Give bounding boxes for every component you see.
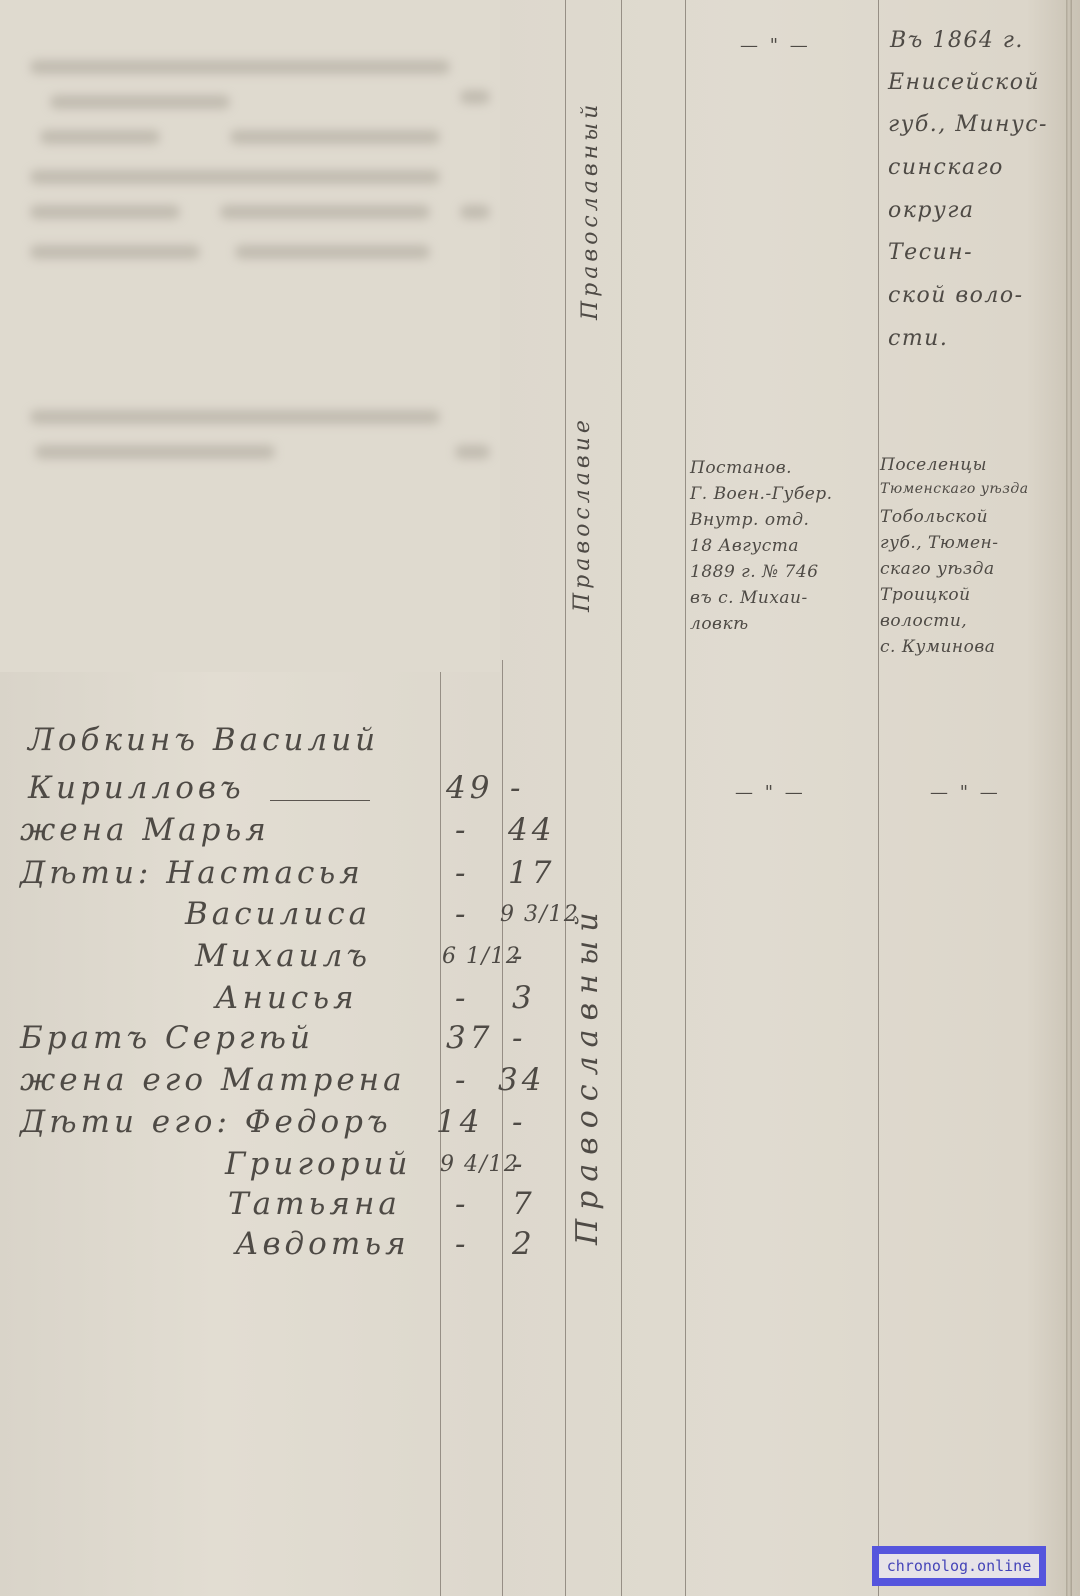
family-member-label: жена Марья [20,812,270,848]
redacted-region [0,0,500,672]
column-rule-origin [878,0,879,1596]
family-member-label: Татьяна [228,1186,401,1222]
age-male: 37 [446,1020,493,1056]
age-male: 9 4/12 [440,1152,519,1177]
age-female: - [510,770,524,806]
column-rule-female [502,660,503,1596]
age-male: - [455,1186,469,1222]
age-male: 14 [436,1104,483,1140]
family-member-label: Григорий [225,1146,411,1182]
page-edge [1066,0,1072,1596]
age-female: 9 3/12 [500,902,579,927]
age-male: - [455,812,469,848]
document-page: Православный Православие Православный — … [0,0,1080,1596]
religion-bottom: Православный [570,903,605,1245]
column-rule-religion-right [621,0,622,1596]
age-male: 49 [446,770,493,806]
family-member-label: жена его Матрена [20,1062,406,1098]
religion-top: Православный [578,101,603,320]
age-female: 2 [512,1226,536,1262]
age-female: - [512,1104,526,1140]
age-female: - [512,938,526,974]
family-member-label: Дѣти: Настасья [20,855,364,891]
family-member-label: Лобкинъ Василий [28,722,379,758]
ditto-bottom-decision: — " — [735,782,806,803]
family-member-label: Авдотья [235,1226,410,1262]
family-member-label: Анисья [215,980,358,1016]
age-male: - [455,1062,469,1098]
family-member-label: Кирилловъ [28,770,245,806]
age-female: 34 [498,1062,545,1098]
watermark-badge: chronolog.online [872,1546,1046,1586]
watermark-text: chronolog.online [879,1554,1040,1578]
age-male: - [455,980,469,1016]
age-female: 17 [508,855,555,891]
age-female: 44 [508,812,555,848]
age-female: 3 [512,980,536,1016]
column-rule-religion-left [565,0,566,1596]
family-member-label: Дѣти его: Федоръ [20,1104,392,1140]
age-female: - [512,1146,526,1182]
age-male: - [455,1226,469,1262]
family-member-label: Василиса [185,896,371,932]
age-male: 6 1/12 [442,944,521,969]
column-rule-decision [685,0,686,1596]
age-male: - [455,855,469,891]
family-member-label: Михаилъ [195,938,371,974]
family-member-label: Братъ Сергѣй [20,1020,314,1056]
age-female: 7 [512,1186,536,1222]
ditto-bottom-origin: — " — [930,782,1001,803]
religion-mid: Православие [570,416,595,612]
age-female: - [512,1020,526,1056]
ditto-top-decision: — " — [740,35,811,56]
age-male: - [455,896,469,932]
